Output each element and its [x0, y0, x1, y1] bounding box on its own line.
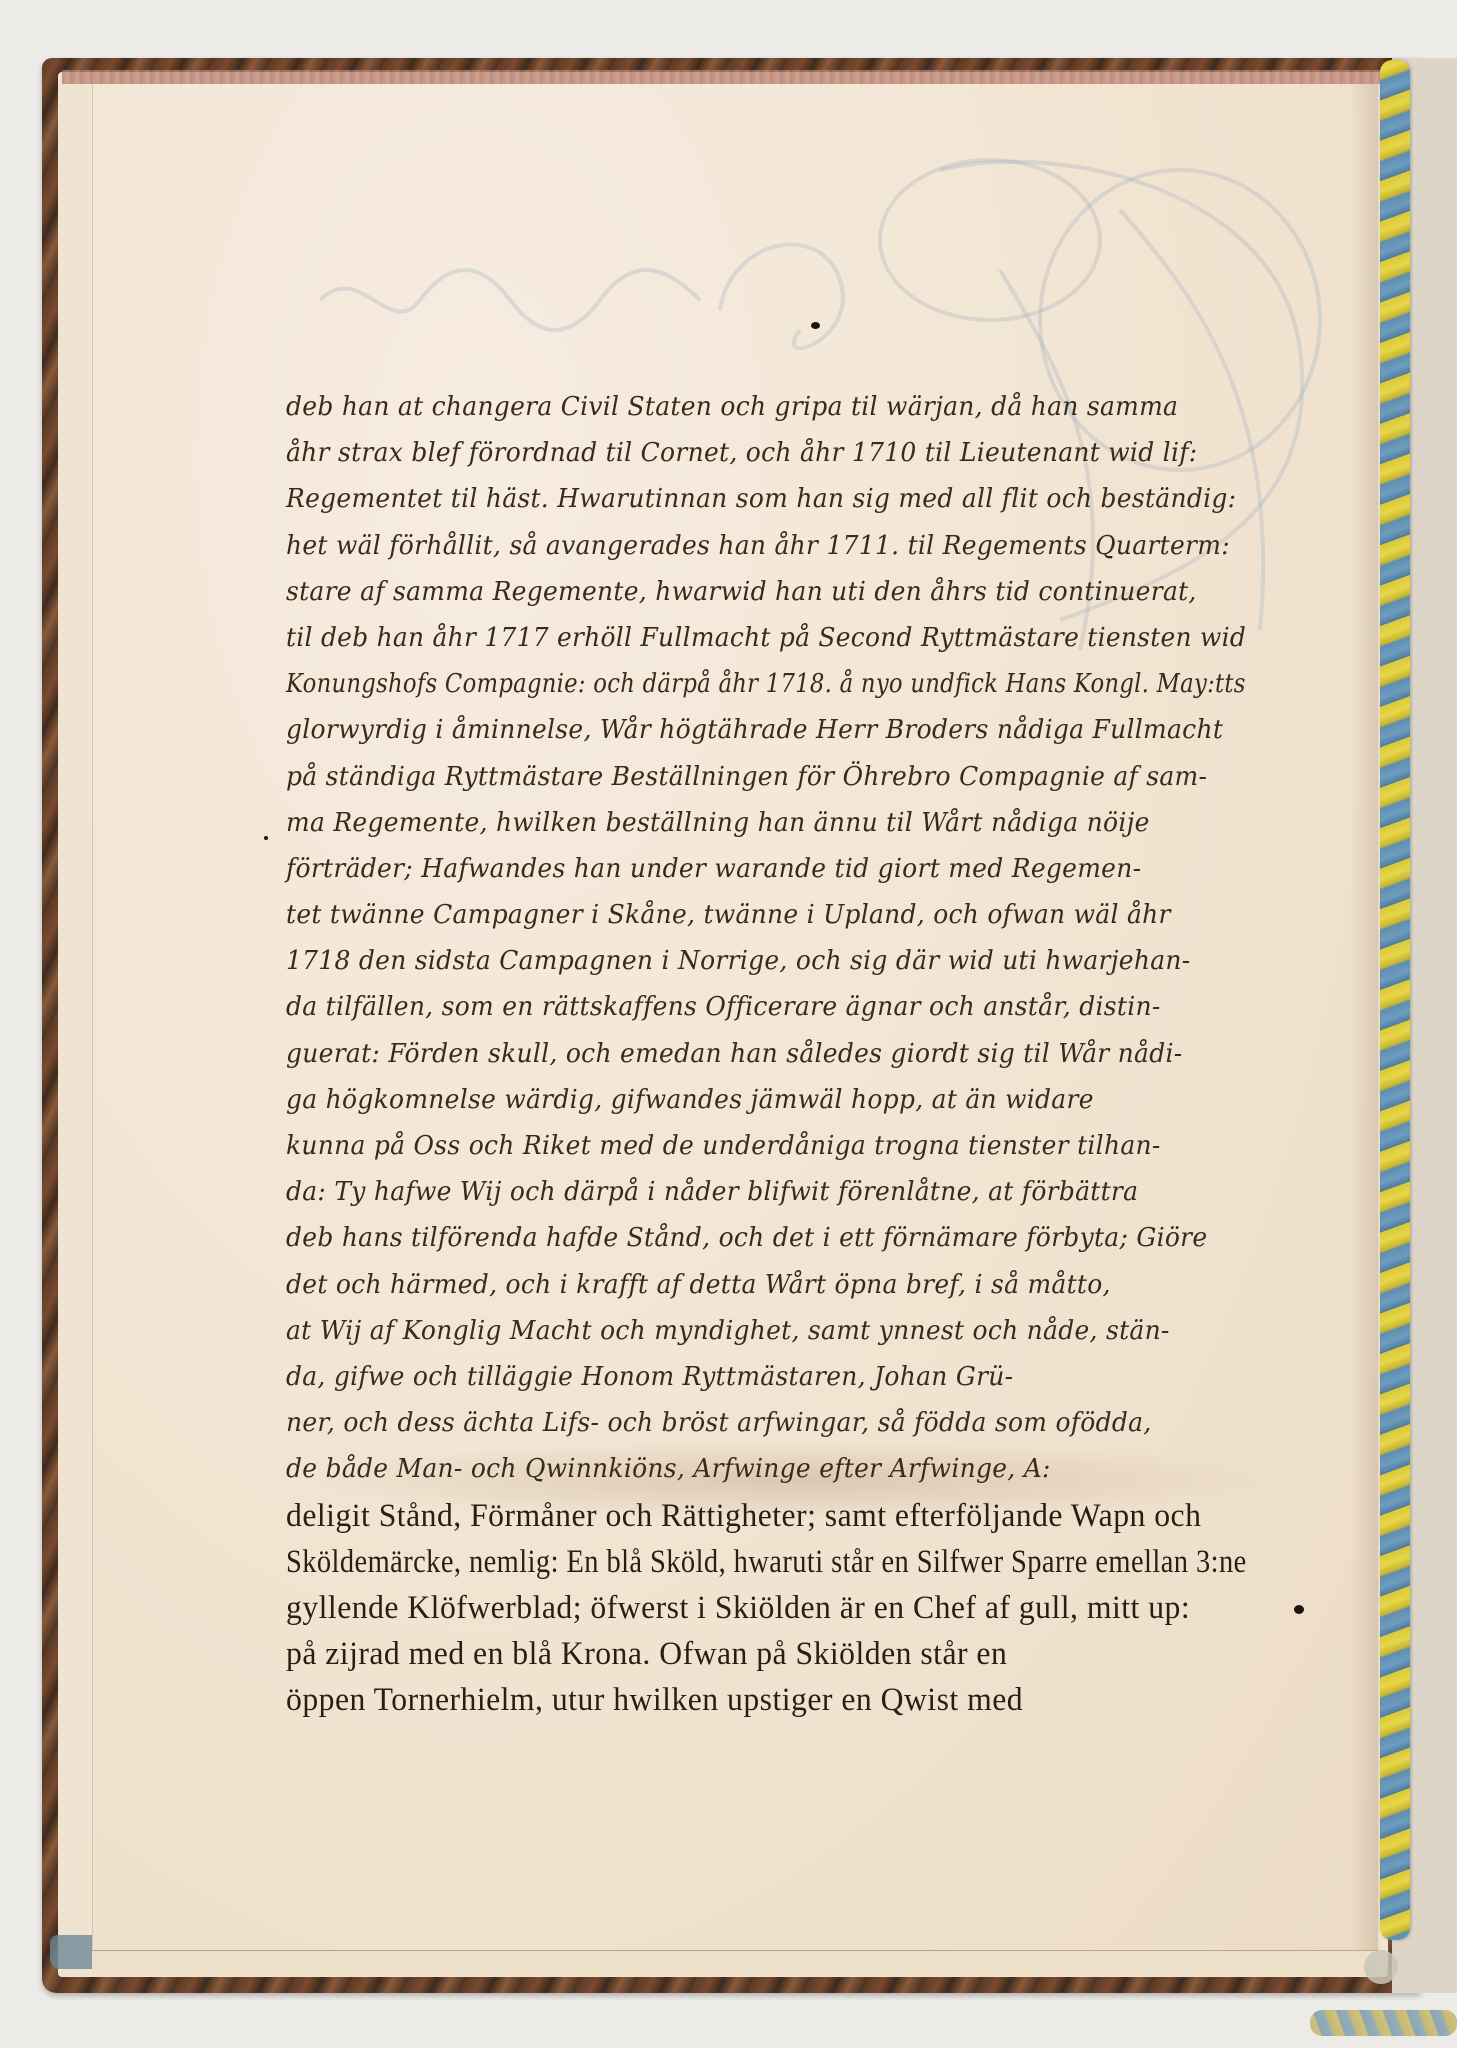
text-line: da tilfällen, som en rättskaffens Office…	[286, 984, 1246, 1030]
text-line: ma Regemente, hwilken beställning han än…	[286, 800, 1246, 846]
text-line: deb hans tilförenda hafde Stånd, och det…	[286, 1215, 1246, 1261]
text-line: tet twänne Campagner i Skåne, twänne i U…	[286, 892, 1246, 938]
text-line-formal: Sköldemärcke, nemlig: En blå Sköld, hwar…	[286, 1539, 1148, 1585]
ink-blot	[1294, 1605, 1304, 1614]
ink-speck	[264, 836, 268, 840]
text-line: ga högkomnelse wärdig, gifwandes jämwäl …	[286, 1077, 1246, 1123]
text-line: kunna på Oss och Riket med de underdånig…	[286, 1123, 1246, 1169]
text-line-formal: på zijrad med en blå Krona. Ofwan på Ski…	[286, 1631, 1246, 1677]
text-line-formal: deligit Stånd, Förmåner och Rättigheter;…	[286, 1493, 1246, 1539]
text-line-formal: öppen Tornerhielm, utur hwilken upstiger…	[286, 1677, 1246, 1723]
text-line: Regementet til häst. Hwarutinnan som han…	[286, 476, 1246, 522]
gutter-shadow	[1350, 84, 1378, 1950]
text-line: het wäl förhållit, så avangerades han åh…	[286, 523, 1246, 569]
ink-speck	[811, 322, 820, 329]
cord-knot	[1364, 1950, 1398, 1984]
worn-corner	[50, 1935, 96, 1969]
text-line: da: Ty hafwe Wij och därpå i nåder blifw…	[286, 1169, 1246, 1215]
binding-cord	[1380, 60, 1410, 1940]
text-line-formal: gyllende Klöfwerblad; öfwerst i Skiölden…	[286, 1585, 1246, 1631]
text-line: det och härmed, och i krafft af detta Wå…	[286, 1262, 1246, 1308]
text-line: ner, och dess ächta Lifs- och bröst arfw…	[286, 1400, 1246, 1446]
manuscript-text: deb han at changera Civil Staten och gri…	[286, 384, 1286, 1723]
text-line: åhr strax blef förordnad til Cornet, och…	[286, 430, 1246, 476]
text-line: på ständiga Ryttmästare Beställningen fö…	[286, 754, 1246, 800]
page-bottom-edge	[92, 1950, 1378, 1975]
text-line: glorwyrdig i åminnelse, Wår högtährade H…	[286, 707, 1246, 753]
text-line: 1718 den sidsta Campagnen i Norrige, och…	[286, 938, 1246, 984]
text-line: de både Man- och Qwinnkiöns, Arfwinge ef…	[286, 1446, 1246, 1492]
binding-cord-tail	[1310, 2010, 1457, 2036]
text-line: at Wij af Konglig Macht och myndighet, s…	[286, 1308, 1246, 1354]
text-line: til deb han åhr 1717 erhöll Fullmacht på…	[286, 615, 1243, 661]
text-line: da, gifwe och tilläggie Honom Ryttmästar…	[286, 1354, 1246, 1400]
text-line: stare af samma Regemente, hwarwid han ut…	[286, 569, 1246, 615]
text-line: guerat: Förden skull, och emedan han sål…	[286, 1031, 1246, 1077]
text-line: Konungshofs Compagnie: och därpå åhr 171…	[286, 661, 1160, 707]
text-line: förträder; Hafwandes han under warande t…	[286, 846, 1246, 892]
text-line: deb han at changera Civil Staten och gri…	[286, 384, 1246, 430]
red-edge-stain	[62, 70, 1382, 84]
